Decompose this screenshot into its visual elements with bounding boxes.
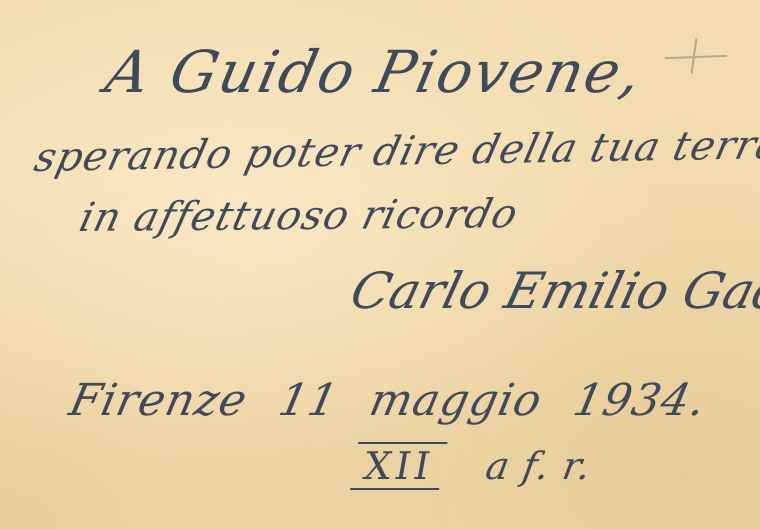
- dedication-page: A Guido Piovene, sperando poter dire del…: [0, 0, 760, 529]
- dedication-line-3: in affettuoso ricordo: [75, 191, 523, 241]
- dedication-line-2: sperando poter dire della tua terra: [30, 122, 760, 181]
- era-suffix: a f. r.: [483, 444, 595, 488]
- pencil-cross-mark: [665, 38, 727, 74]
- date-line: Firenze 11 maggio 1934.: [65, 375, 711, 426]
- era-line: XII a f. r.: [350, 442, 595, 490]
- era-numeral: XII: [350, 442, 448, 490]
- salutation: A Guido Piovene,: [100, 38, 649, 106]
- signature: Carlo Emilio Gadda: [345, 262, 760, 320]
